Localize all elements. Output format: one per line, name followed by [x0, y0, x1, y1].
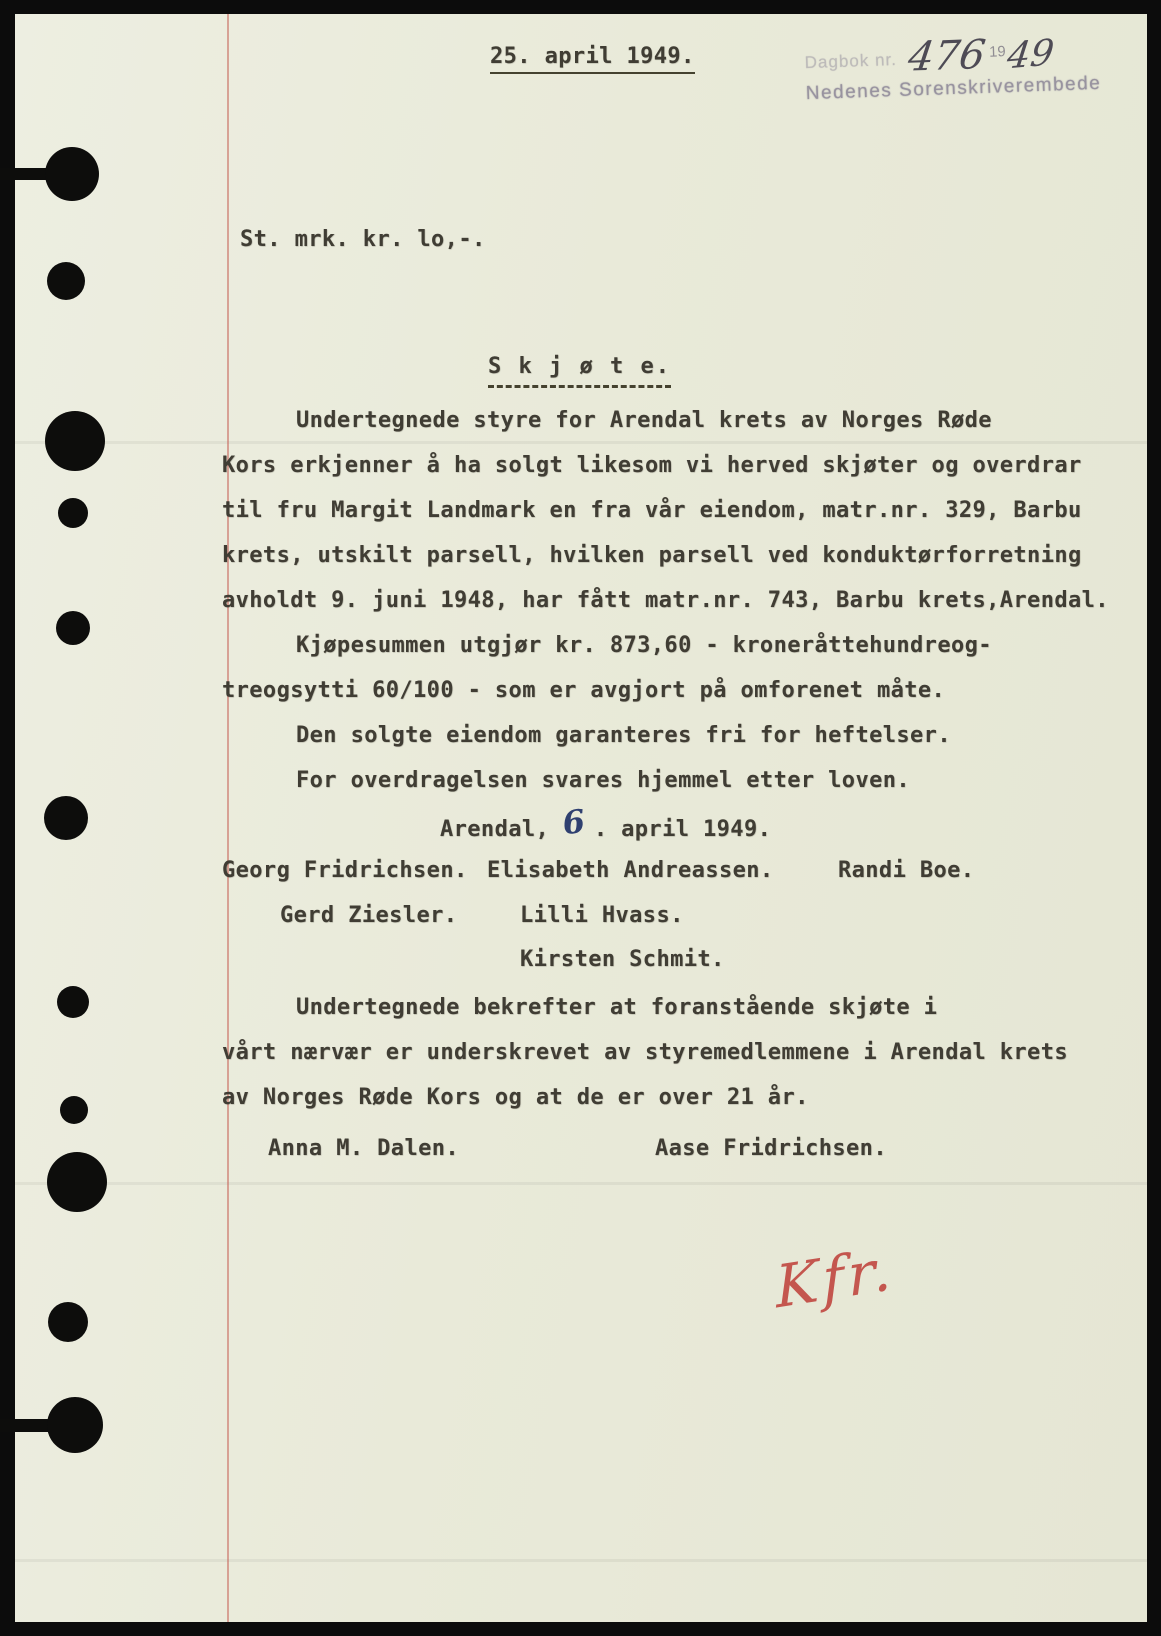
- witness-line: av Norges Røde Kors og at de er over 21 …: [222, 1075, 1068, 1120]
- signature-name: Randi Boe.: [838, 858, 974, 883]
- handwritten-day-number: 6: [560, 799, 588, 846]
- deed-body: Undertegnede styre for Arendal krets av …: [222, 398, 1109, 848]
- punch-hole: [47, 1152, 107, 1212]
- handwritten-year: 49: [1005, 35, 1056, 75]
- stamp-duty-note: St. mrk. kr. lo,-.: [240, 227, 486, 252]
- punch-hole: [45, 411, 105, 471]
- punch-hole: [44, 796, 88, 840]
- scan-artifact-line: [15, 1182, 1147, 1185]
- deed-body-line: Undertegnede styre for Arendal krets av …: [222, 398, 1109, 443]
- dateline-place: Arendal,: [440, 817, 549, 842]
- punch-hole: [58, 498, 88, 528]
- witness-line: vårt nærvær er underskrevet av styremedl…: [222, 1030, 1068, 1075]
- signature-name: Georg Fridrichsen.: [222, 858, 468, 883]
- dateline-rest: . april 1949.: [594, 817, 771, 842]
- scan-artifact-line: [15, 1559, 1147, 1562]
- deed-body-line: krets, utskilt parsell, hvilken parsell …: [222, 533, 1109, 578]
- punch-hole: [45, 147, 99, 201]
- handwritten-clerk-initials: Kfr.: [774, 1234, 897, 1321]
- deed-body-line: Kors erkjenner å ha solgt likesom vi her…: [222, 443, 1109, 488]
- deed-dateline: Arendal,6. april 1949.: [222, 803, 1109, 848]
- signature-name: Elisabeth Andreassen.: [487, 858, 774, 883]
- punch-hole: [48, 1302, 88, 1342]
- date-heading: 25. april 1949.: [490, 44, 695, 74]
- witness-paragraph: Undertegnede bekrefter at foranstående s…: [222, 985, 1068, 1120]
- punch-hole: [47, 1397, 103, 1453]
- witness-signature-name: Anna M. Dalen.: [268, 1136, 459, 1161]
- handwritten-journal-number: 476: [906, 35, 988, 78]
- document-page: 25. april 1949. Dagbok nr. 476 19 49 Ned…: [15, 14, 1147, 1622]
- stamp-year-prefix: 19: [989, 43, 1007, 75]
- punch-hole: [60, 1096, 88, 1124]
- stamp-journal-label: Dagbok nr.: [804, 50, 897, 81]
- punch-hole: [57, 986, 89, 1018]
- signature-name: Gerd Ziesler.: [280, 903, 457, 928]
- deed-body-line: Kjøpesummen utgjør kr. 873,60 - kroneråt…: [222, 623, 1109, 668]
- punch-hole: [47, 262, 85, 300]
- deed-body-line: til fru Margit Landmark en fra vår eiend…: [222, 488, 1109, 533]
- scanned-document-background: { "page": { "date_heading": "25. april 1…: [0, 0, 1161, 1636]
- deed-body-line: avholdt 9. juni 1948, har fått matr.nr. …: [222, 578, 1109, 623]
- deed-body-line: treogsytti 60/100 - som er avgjort på om…: [222, 668, 1109, 713]
- deed-body-line: For overdragelsen svares hjemmel etter l…: [222, 758, 1109, 803]
- punch-hole: [56, 611, 90, 645]
- registry-stamp: Dagbok nr. 476 19 49 Nedenes Sorenskrive…: [804, 31, 1102, 105]
- signature-name: Kirsten Schmit.: [520, 947, 725, 972]
- deed-body-line: Den solgte eiendom garanteres fri for he…: [222, 713, 1109, 758]
- witness-signature-name: Aase Fridrichsen.: [655, 1136, 887, 1161]
- signature-name: Lilli Hvass.: [520, 903, 684, 928]
- deed-title: S k j ø t e.: [488, 354, 671, 388]
- witness-line: Undertegnede bekrefter at foranstående s…: [222, 985, 1068, 1030]
